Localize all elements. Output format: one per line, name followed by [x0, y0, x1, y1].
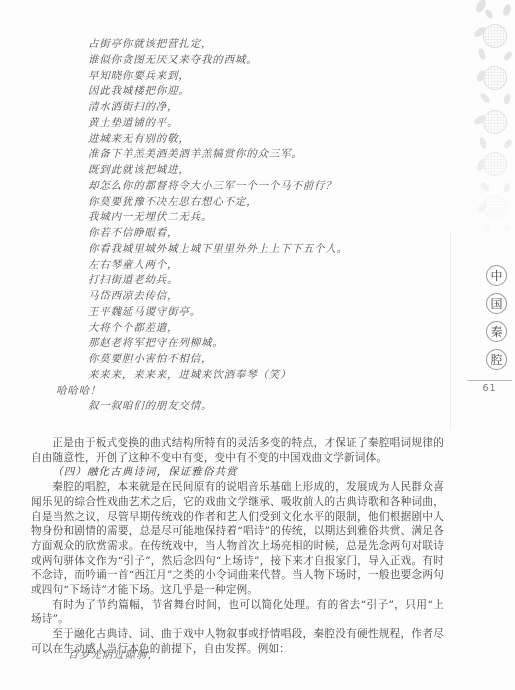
page-number-rule: [467, 380, 512, 381]
title-char-seal: 中: [486, 265, 507, 286]
verse-line: 你莫要犹豫不决左思右想心不定，: [88, 195, 348, 211]
verse-line: 我城内一无埋伏二无兵。: [88, 210, 348, 226]
verse-line: 进城来无有别的敬，: [88, 132, 348, 148]
dialogue-closing-line: 叙一叙咱们的朋友交情。: [88, 399, 348, 415]
verse-line: 却怎么你的都督将令大小三军一个一个马不前行？: [88, 179, 348, 195]
title-char-seal: 秦: [486, 321, 507, 342]
dialogue-laugh-line: 哈哈哈！: [56, 384, 348, 400]
verse-line: 占街亭你就该把营扎定，: [88, 37, 348, 53]
verse-line: 准备下羊羔美酒美酒羊羔犒赏你的众三军。: [88, 147, 348, 163]
verse-line: 大将个个都差遣，: [88, 321, 348, 337]
verse-line: 马岱西凉去传信，: [88, 289, 348, 305]
verse-line: 既到此就该把城进，: [88, 163, 348, 179]
commentary-text-block: 正是由于板式变换的曲式结构所特有的灵活多变的特点，才保证了秦腔唱词规律的自由随意…: [31, 436, 444, 657]
paragraph-conclusion: 正是由于板式变换的曲式结构所特有的灵活多变的特点，才保证了秦腔唱词规律的自由随意…: [31, 436, 444, 465]
verse-line: 因此我城楼把你迎。: [88, 84, 348, 100]
title-char-seal: 国: [486, 293, 507, 314]
example-verse-line: 百岁光阴过隙驹，: [68, 646, 159, 661]
verse-line: 你莫要胆小害怕不相信，: [88, 352, 348, 368]
verse-line: 你看我城里城外城上城下里里外外上上下下五个人。: [88, 242, 348, 258]
floral-border-ornament-icon: [473, 0, 515, 245]
verse-line: 谁似你贪图无厌又来夺我的西城。: [88, 53, 348, 69]
book-title-vertical: 中 国 秦 腔: [486, 265, 507, 377]
title-char-seal: 腔: [486, 349, 507, 370]
verse-line: 打扫街道老幼兵。: [88, 273, 348, 289]
section-subheading: （四）融化古典诗词，保证雅俗共赏: [31, 465, 444, 480]
verse-line: 清水洒街扫的净，: [88, 100, 348, 116]
verse-line: 那赵老将军把守在列柳城。: [88, 336, 348, 352]
verse-line: 你若不信睁眼看，: [88, 226, 348, 242]
book-page: 占街亭你就该把营扎定， 谁似你贪图无厌又来夺我的西城。 早知晓你要兵来到， 因此…: [0, 0, 515, 690]
gutter-divider: [450, 232, 451, 430]
verse-line: 黄土垫道铺的平。: [88, 116, 348, 132]
page-number: 61: [467, 383, 512, 394]
paragraph-tradition: 秦腔的唱腔，本来就是在民间原有的说唱音乐基础上形成的，发展成为人民群众喜闻乐见的…: [31, 480, 444, 598]
verse-line: 左右琴童人两个，: [88, 258, 348, 274]
libretto-verse-block: 占街亭你就该把营扎定， 谁似你贪图无厌又来夺我的西城。 早知晓你要兵来到， 因此…: [88, 37, 348, 415]
paragraph-simplification: 有时为了节约篇幅，节省舞台时间，也可以简化处理。有的省去“引子”，只用“上场诗”…: [31, 598, 444, 627]
verse-line: 来来来，来来来，进城来饮酒奉琴（笑）: [88, 368, 348, 384]
verse-line: 早知晓你要兵来到，: [88, 69, 348, 85]
verse-line: 王平魏延马谡守街亭。: [88, 305, 348, 321]
